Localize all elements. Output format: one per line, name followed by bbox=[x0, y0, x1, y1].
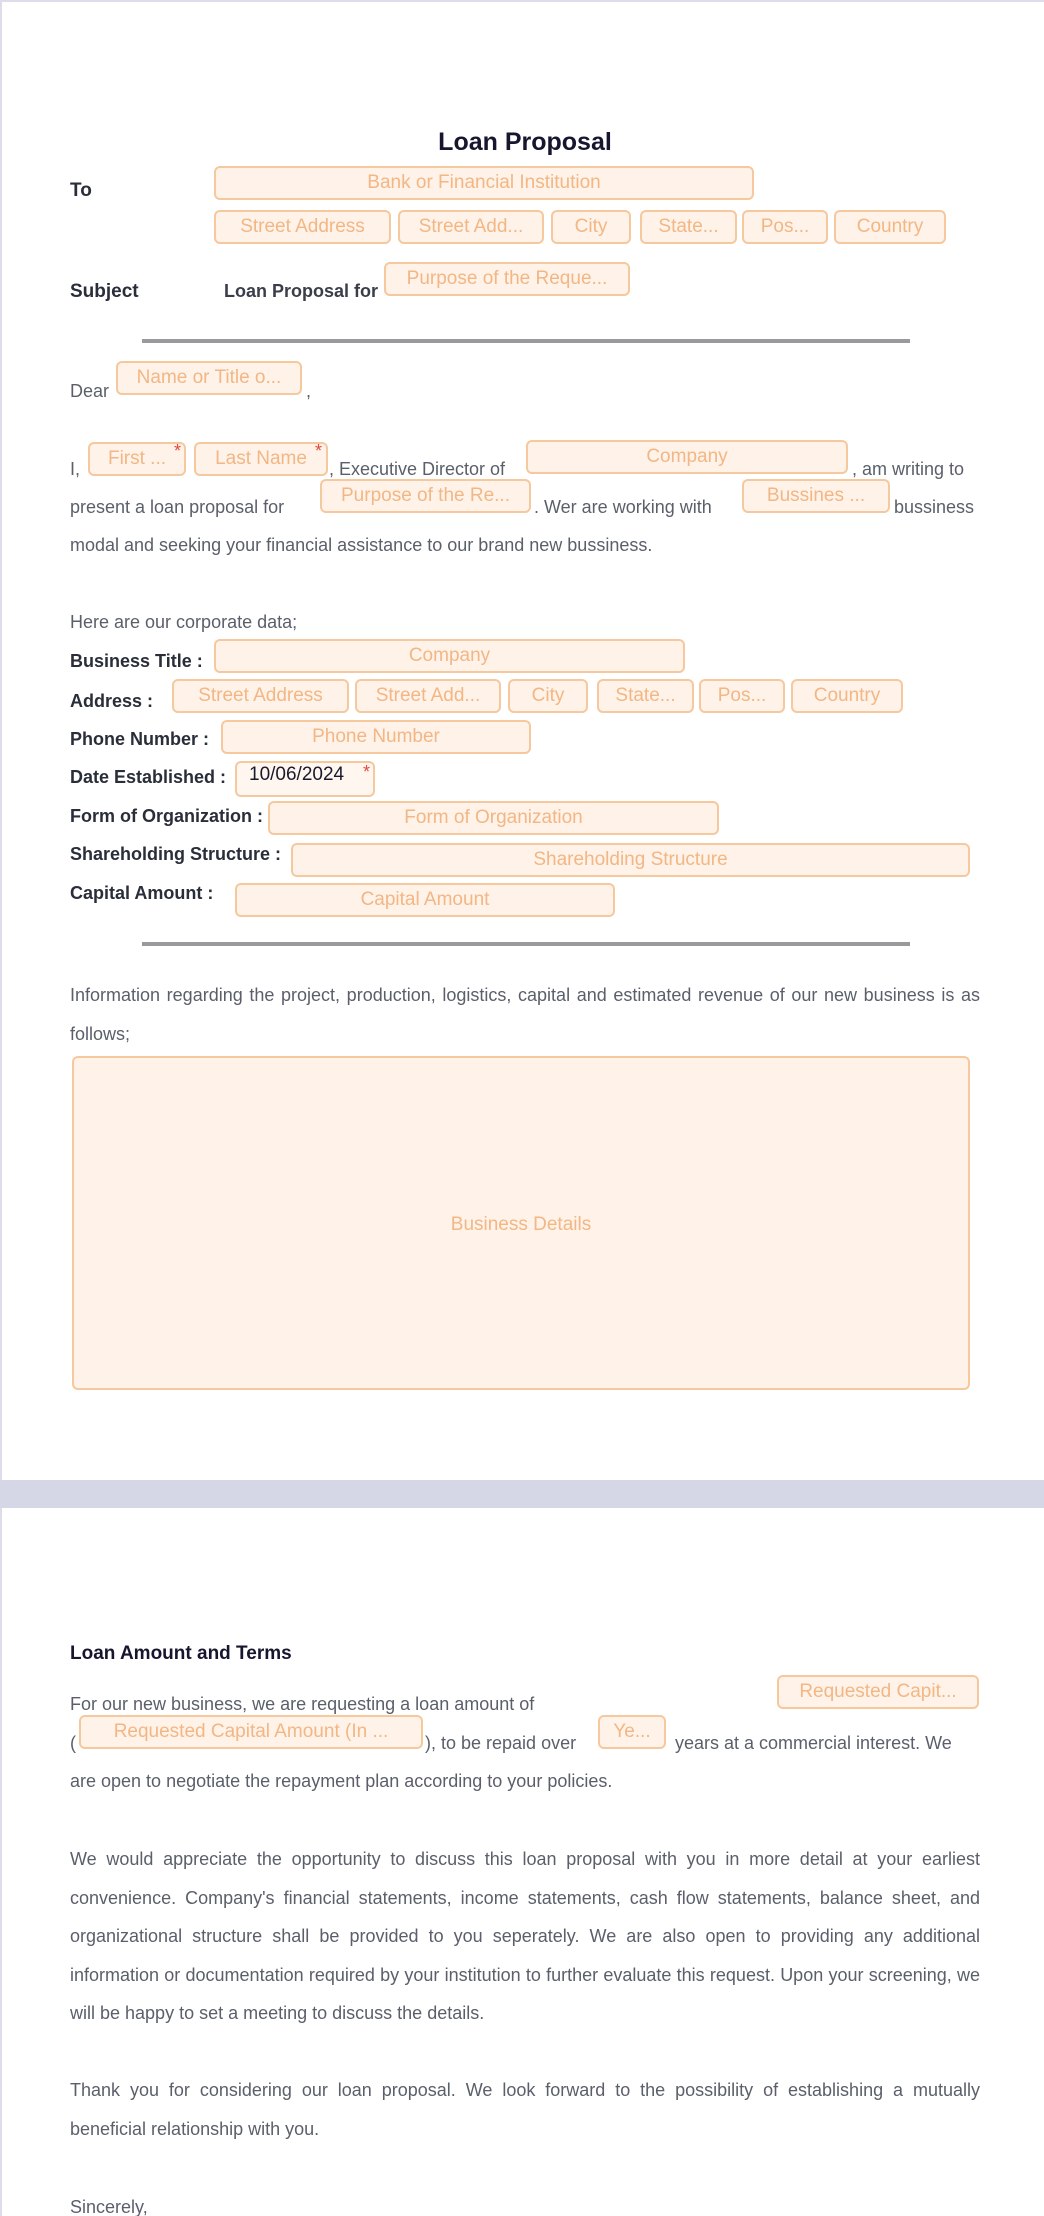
to-label: To bbox=[70, 180, 92, 202]
years-field[interactable]: Ye... bbox=[598, 1715, 666, 1749]
business-title-label: Business Title : bbox=[70, 651, 203, 672]
closing-text: Sincerely, bbox=[70, 2197, 148, 2216]
repaid-text: ), to be repaid over bbox=[425, 1733, 576, 1754]
appreciate-paragraph: We would appreciate the opportunity to d… bbox=[70, 1840, 980, 2033]
business-model-field[interactable]: Bussines ... bbox=[742, 479, 890, 513]
form-of-organization-field[interactable]: Form of Organization bbox=[268, 801, 719, 835]
address-country-field[interactable]: Country bbox=[791, 679, 903, 713]
date-established-label: Date Established : bbox=[70, 767, 226, 788]
capital-amount-field[interactable]: Capital Amount bbox=[235, 883, 615, 917]
present-text: present a loan proposal for bbox=[70, 497, 284, 518]
address-city-field[interactable]: City bbox=[508, 679, 588, 713]
to-country-field[interactable]: Country bbox=[834, 210, 946, 244]
requested-capital-field[interactable]: Requested Capit... bbox=[777, 1675, 979, 1709]
recipient-name-field[interactable]: Name or Title o... bbox=[116, 361, 302, 395]
form-of-organization-label: Form of Organization : bbox=[70, 806, 263, 827]
shareholding-field[interactable]: Shareholding Structure bbox=[291, 843, 970, 877]
address-street1-field[interactable]: Street Address bbox=[172, 679, 349, 713]
to-street1-field[interactable]: Street Address bbox=[214, 210, 391, 244]
page-separator bbox=[0, 1480, 1044, 1508]
address-street2-field[interactable]: Street Add... bbox=[355, 679, 501, 713]
date-established-field[interactable]: 10/06/2024 bbox=[235, 761, 375, 797]
thanks-paragraph: Thank you for considering our loan propo… bbox=[70, 2071, 980, 2148]
address-postal-field[interactable]: Pos... bbox=[699, 679, 785, 713]
business-details-field[interactable]: Business Details bbox=[72, 1056, 970, 1390]
address-state-field[interactable]: State... bbox=[597, 679, 694, 713]
dear-comma: , bbox=[306, 381, 311, 402]
writing-text: , am writing to bbox=[852, 459, 964, 480]
intro-i: I, bbox=[70, 459, 80, 480]
company-field[interactable]: Company bbox=[526, 440, 848, 474]
phone-label: Phone Number : bbox=[70, 729, 209, 750]
capital-amount-label: Capital Amount : bbox=[70, 883, 213, 904]
loan-terms-heading: Loan Amount and Terms bbox=[70, 1643, 292, 1665]
intro-line3: modal and seeking your financial assista… bbox=[70, 535, 652, 556]
subject-purpose-field[interactable]: Purpose of the Reque... bbox=[384, 262, 630, 296]
exec-director-text: , Executive Director of bbox=[329, 459, 505, 480]
subject-prefix: Loan Proposal for bbox=[224, 281, 378, 302]
open-paren: ( bbox=[70, 1733, 76, 1754]
to-state-field[interactable]: State... bbox=[640, 210, 737, 244]
working-with-text: . Wer are working with bbox=[534, 497, 712, 518]
bussiness-text: bussiness bbox=[894, 497, 974, 518]
divider bbox=[142, 942, 910, 946]
corporate-heading: Here are our corporate data; bbox=[70, 612, 297, 633]
phone-field[interactable]: Phone Number bbox=[221, 720, 531, 754]
to-street2-field[interactable]: Street Add... bbox=[398, 210, 544, 244]
bank-field[interactable]: Bank or Financial Institution bbox=[214, 166, 754, 200]
loan-line3: are open to negotiate the repayment plan… bbox=[70, 1771, 612, 1792]
document-title: Loan Proposal bbox=[0, 128, 1044, 157]
loan-purpose-field[interactable]: Purpose of the Re... bbox=[320, 479, 531, 513]
to-postal-field[interactable]: Pos... bbox=[742, 210, 828, 244]
last-name-field[interactable]: Last Name bbox=[194, 442, 328, 476]
address-label: Address : bbox=[70, 691, 153, 712]
info-paragraph: Information regarding the project, produ… bbox=[70, 976, 980, 1053]
required-asterisk: * bbox=[363, 762, 370, 783]
divider bbox=[142, 339, 910, 343]
required-asterisk: * bbox=[174, 441, 181, 462]
years-text: years at a commercial interest. We bbox=[675, 1733, 952, 1754]
shareholding-label: Shareholding Structure : bbox=[70, 844, 281, 865]
business-title-field[interactable]: Company bbox=[214, 639, 685, 673]
dear-label: Dear bbox=[70, 381, 109, 402]
requested-capital-words-field[interactable]: Requested Capital Amount (In ... bbox=[79, 1715, 423, 1749]
first-name-field[interactable]: First ... bbox=[88, 442, 186, 476]
to-city-field[interactable]: City bbox=[551, 210, 631, 244]
required-asterisk: * bbox=[315, 441, 322, 462]
subject-label: Subject bbox=[70, 281, 139, 303]
loan-line1: For our new business, we are requesting … bbox=[70, 1694, 534, 1715]
